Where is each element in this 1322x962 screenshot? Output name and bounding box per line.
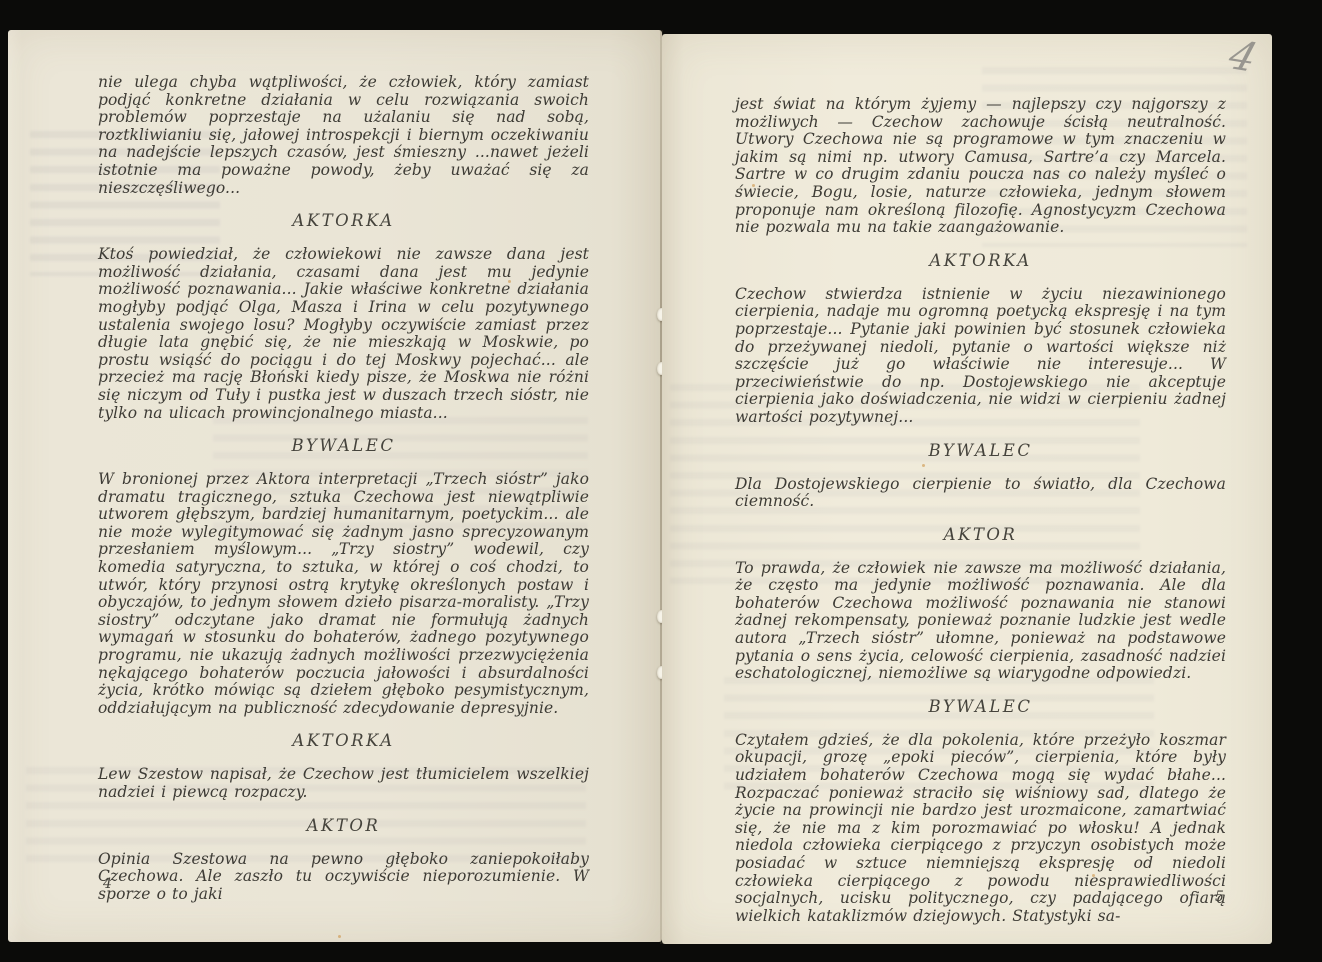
speaker-heading-bywalec: BYWALEC bbox=[735, 697, 1226, 716]
dialogue-paragraph: Dla Dostojewskiego cierpienie to światło… bbox=[735, 476, 1226, 511]
speaker-heading-aktor: AKTOR bbox=[98, 816, 589, 835]
dialogue-paragraph: nie ulega chyba wątpliwości, że człowiek… bbox=[98, 74, 589, 197]
paper-speck bbox=[338, 935, 341, 938]
dialogue-paragraph: W bronionej przez Aktora interpretacji „… bbox=[98, 471, 589, 717]
dialogue-paragraph: Opinia Szestowa na pewno głęboko zaniepo… bbox=[98, 851, 589, 904]
speaker-heading-bywalec: BYWALEC bbox=[98, 436, 589, 455]
speaker-heading-aktorka: AKTORKA bbox=[735, 251, 1226, 270]
dialogue-paragraph: Czechow stwierdza istnienie w życiu niez… bbox=[735, 286, 1226, 427]
page-number-left: 4 bbox=[103, 876, 112, 892]
right-page: jest świat na którym żyjemy — najlepszy … bbox=[662, 34, 1272, 944]
left-page: nie ulega chyba wątpliwości, że człowiek… bbox=[8, 30, 662, 942]
dialogue-paragraph: Czytałem gdzieś, że dla pokolenia, które… bbox=[735, 732, 1226, 926]
book-spread: nie ulega chyba wątpliwości, że człowiek… bbox=[0, 0, 1322, 962]
speaker-heading-aktorka: AKTORKA bbox=[98, 731, 589, 750]
right-page-text-column: jest świat na którym żyjemy — najlepszy … bbox=[735, 96, 1226, 925]
speaker-heading-aktor: AKTOR bbox=[735, 525, 1226, 544]
dialogue-paragraph: jest świat na którym żyjemy — najlepszy … bbox=[735, 96, 1226, 237]
speaker-heading-aktorka: AKTORKA bbox=[98, 211, 589, 230]
left-page-text-column: nie ulega chyba wątpliwości, że człowiek… bbox=[98, 74, 589, 903]
dialogue-paragraph: Ktoś powiedział, że człowiekowi nie zaws… bbox=[98, 246, 589, 422]
dialogue-paragraph: To prawda, że człowiek nie zawsze ma moż… bbox=[735, 560, 1226, 683]
dialogue-paragraph: Lew Szestow napisał, że Czechow jest tłu… bbox=[98, 766, 589, 801]
speaker-heading-bywalec: BYWALEC bbox=[735, 441, 1226, 460]
page-number-right: 5 bbox=[1215, 889, 1224, 905]
